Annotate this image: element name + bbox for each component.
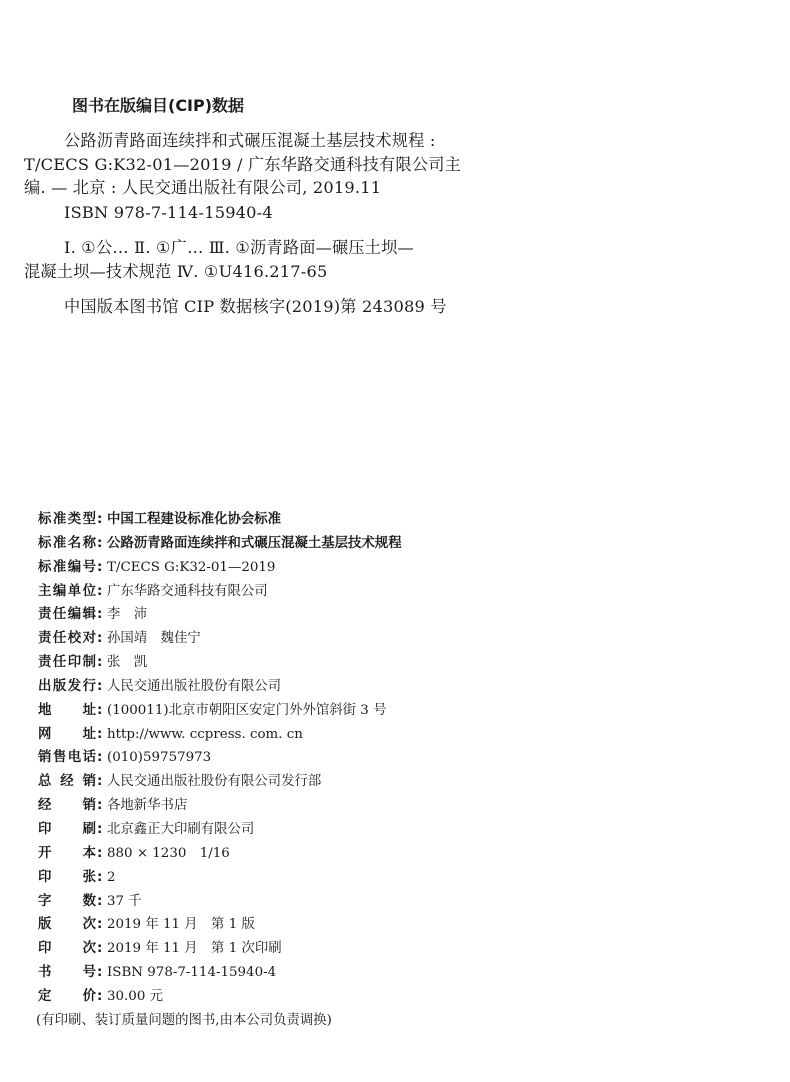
cip-heading: 图书在版编目(CIP)数据 <box>72 96 244 116</box>
imprint-value: 张 凯 <box>107 651 147 675</box>
imprint-value: 2019 年 11 月 第 1 版 <box>107 913 255 937</box>
cip-title-line: 公路沥青路面连续拌和式碾压混凝土基层技术规程 : <box>64 131 436 151</box>
cip-isbn-line: ISBN 978-7-114-15940-4 <box>64 203 273 223</box>
imprint-colon: : <box>97 627 107 651</box>
imprint-colon: : <box>97 913 107 937</box>
imprint-colon: : <box>97 556 107 580</box>
imprint-label: 定价 <box>38 985 96 1009</box>
imprint-row: 印张:2 <box>38 866 402 890</box>
imprint-label: 责任印制 <box>38 651 96 675</box>
imprint-colon: : <box>97 794 107 818</box>
imprint-value: (100011)北京市朝阳区安定门外外馆斜街 3 号 <box>107 699 386 723</box>
imprint-value: (010)59757973 <box>107 746 211 770</box>
imprint-value: T/CECS G:K32-01—2019 <box>107 556 275 580</box>
imprint-label: 标准类型 <box>38 508 96 532</box>
imprint-label-char: 发 <box>68 675 81 699</box>
imprint-label-char: 刷 <box>83 818 96 842</box>
imprint-label-char: 制 <box>83 651 96 675</box>
imprint-label-char: 经 <box>60 770 73 794</box>
imprint-label: 印次 <box>38 937 96 961</box>
imprint-row: 印次:2019 年 11 月 第 1 次印刷 <box>38 937 402 961</box>
cip-catalog-number-line: 中国版本图书馆 CIP 数据核字(2019)第 243089 号 <box>64 297 447 317</box>
imprint-row: 开本:880 × 1230 1/16 <box>38 842 402 866</box>
imprint-label-char: 编 <box>68 603 81 627</box>
imprint-row: 标准名称:公路沥青路面连续拌和式碾压混凝土基层技术规程 <box>38 532 402 556</box>
imprint-label-char: 印 <box>38 866 51 890</box>
imprint-label: 责任编辑 <box>38 603 96 627</box>
imprint-label-char: 出 <box>38 675 51 699</box>
imprint-label-char: 张 <box>83 866 96 890</box>
imprint-label-char: 版 <box>38 913 51 937</box>
imprint-colon: : <box>97 508 107 532</box>
imprint-label-char: 校 <box>68 627 81 651</box>
imprint-value: 2019 年 11 月 第 1 次印刷 <box>107 937 282 961</box>
imprint-label: 经销 <box>38 794 96 818</box>
imprint-label-char: 开 <box>38 842 51 866</box>
imprint-label-char: 准 <box>53 556 66 580</box>
imprint-value: 中国工程建设标准化协会标准 <box>107 508 281 532</box>
imprint-row: 总经销:人民交通出版社股份有限公司发行部 <box>38 770 402 794</box>
imprint-value: 人民交通出版社股份有限公司发行部 <box>107 770 321 794</box>
imprint-label-char: 本 <box>83 842 96 866</box>
imprint-label-char: 址 <box>83 723 96 747</box>
imprint-label-char: 次 <box>83 937 96 961</box>
imprint-label-char: 销 <box>83 794 96 818</box>
imprint-colon: : <box>97 603 107 627</box>
imprint-label-char: 总 <box>38 770 51 794</box>
imprint-label-char: 字 <box>38 890 51 914</box>
imprint-row: 定价:30.00 元 <box>38 985 402 1009</box>
imprint-row: 主编单位:广东华路交通科技有限公司 <box>38 580 402 604</box>
imprint-label-char: 售 <box>53 746 66 770</box>
imprint-row: 销售电话:(010)59757973 <box>38 746 402 770</box>
imprint-label-char: 编 <box>53 580 66 604</box>
imprint-label-char: 号 <box>83 961 96 985</box>
imprint-value: 30.00 元 <box>107 985 163 1009</box>
imprint-label-char: 位 <box>83 580 96 604</box>
imprint-label-char: 价 <box>83 985 96 1009</box>
imprint-row: 版次:2019 年 11 月 第 1 版 <box>38 913 402 937</box>
imprint-label: 印刷 <box>38 818 96 842</box>
imprint-label-char: 责 <box>38 603 51 627</box>
imprint-row: 字数:37 千 <box>38 890 402 914</box>
imprint-row: 责任编辑:李 沛 <box>38 603 402 627</box>
imprint-label-char: 对 <box>83 627 96 651</box>
imprint-label: 销售电话 <box>38 746 96 770</box>
imprint-value: 880 × 1230 1/16 <box>107 842 230 866</box>
imprint-value: 李 沛 <box>107 603 147 627</box>
imprint-value: 北京鑫正大印刷有限公司 <box>107 818 254 842</box>
imprint-value: 广东华路交通科技有限公司 <box>107 580 268 604</box>
imprint-label-char: 书 <box>38 961 51 985</box>
imprint-label: 开本 <box>38 842 96 866</box>
imprint-label-char: 经 <box>38 794 51 818</box>
imprint-label-char: 数 <box>83 890 96 914</box>
imprint-value: 人民交通出版社股份有限公司 <box>107 675 281 699</box>
imprint-colon: : <box>97 961 107 985</box>
imprint-label-char: 类 <box>68 508 81 532</box>
imprint-colon: : <box>97 937 107 961</box>
imprint-row: 标准编号:T/CECS G:K32-01—2019 <box>38 556 402 580</box>
imprint-label-char: 型 <box>83 508 96 532</box>
imprint-row: 出版发行:人民交通出版社股份有限公司 <box>38 675 402 699</box>
imprint-value: 各地新华书店 <box>107 794 187 818</box>
imprint-label-char: 标 <box>38 508 51 532</box>
imprint-label: 标准名称 <box>38 532 96 556</box>
imprint-block: 标准类型:中国工程建设标准化协会标准标准名称:公路沥青路面连续拌和式碾压混凝土基… <box>38 508 402 1033</box>
imprint-label-char: 责 <box>38 627 51 651</box>
imprint-value: http://www. ccpress. com. cn <box>107 723 303 747</box>
imprint-colon: : <box>97 770 107 794</box>
imprint-label-char: 单 <box>68 580 81 604</box>
imprint-label: 印张 <box>38 866 96 890</box>
imprint-colon: : <box>97 842 107 866</box>
imprint-label-char: 标 <box>38 556 51 580</box>
imprint-label-char: 号 <box>83 556 96 580</box>
imprint-label: 主编单位 <box>38 580 96 604</box>
imprint-label-char: 责 <box>38 651 51 675</box>
imprint-row: 书号:ISBN 978-7-114-15940-4 <box>38 961 402 985</box>
imprint-label-char: 行 <box>83 675 96 699</box>
imprint-label-char: 网 <box>38 723 51 747</box>
imprint-label: 字数 <box>38 890 96 914</box>
imprint-label-char: 定 <box>38 985 51 1009</box>
imprint-label-char: 电 <box>68 746 81 770</box>
imprint-label-char: 印 <box>38 818 51 842</box>
imprint-label-char: 址 <box>83 699 96 723</box>
imprint-value: 2 <box>107 866 116 890</box>
imprint-label-char: 地 <box>38 699 51 723</box>
imprint-label-char: 名 <box>68 532 81 556</box>
imprint-colon: : <box>97 890 107 914</box>
imprint-label-char: 话 <box>83 746 96 770</box>
cip-standard-line: T/CECS G:K32-01—2019 / 广东华路交通科技有限公司主 <box>24 155 461 175</box>
imprint-label-char: 任 <box>53 603 66 627</box>
imprint-label: 书号 <box>38 961 96 985</box>
imprint-label: 版次 <box>38 913 96 937</box>
imprint-label-char: 主 <box>38 580 51 604</box>
imprint-row: 标准类型:中国工程建设标准化协会标准 <box>38 508 402 532</box>
cip-classification-line-cont: 混凝土坝—技术规范 Ⅳ. ①U416.217-65 <box>24 262 327 282</box>
imprint-label: 标准编号 <box>38 556 96 580</box>
cip-classification-line: Ⅰ. ①公… Ⅱ. ①广… Ⅲ. ①沥青路面—碾压土坝— <box>64 238 414 258</box>
imprint-label-char: 标 <box>38 532 51 556</box>
imprint-value: ISBN 978-7-114-15940-4 <box>107 961 276 985</box>
imprint-label-char: 印 <box>38 937 51 961</box>
imprint-value: 37 千 <box>107 890 142 914</box>
imprint-colon: : <box>97 699 107 723</box>
imprint-value: 公路沥青路面连续拌和式碾压混凝土基层技术规程 <box>107 532 402 556</box>
imprint-colon: : <box>97 866 107 890</box>
imprint-label: 出版发行 <box>38 675 96 699</box>
imprint-label-char: 印 <box>68 651 81 675</box>
imprint-label-char: 辑 <box>83 603 96 627</box>
imprint-colon: : <box>97 818 107 842</box>
imprint-colon: : <box>97 675 107 699</box>
imprint-colon: : <box>97 985 107 1009</box>
imprint-colon: : <box>97 580 107 604</box>
imprint-label-char: 任 <box>53 651 66 675</box>
imprint-label: 总经销 <box>38 770 96 794</box>
imprint-row: 印刷:北京鑫正大印刷有限公司 <box>38 818 402 842</box>
imprint-row: 责任校对:孙国靖 魏佳宁 <box>38 627 402 651</box>
imprint-label-char: 版 <box>53 675 66 699</box>
imprint-label-char: 准 <box>53 532 66 556</box>
imprint-label-char: 次 <box>83 913 96 937</box>
imprint-colon: : <box>97 532 107 556</box>
imprint-colon: : <box>97 723 107 747</box>
imprint-row: 网址:http://www. ccpress. com. cn <box>38 723 402 747</box>
imprint-colon: : <box>97 746 107 770</box>
imprint-label-char: 销 <box>38 746 51 770</box>
imprint-row: 责任印制:张 凯 <box>38 651 402 675</box>
imprint-label-char: 准 <box>53 508 66 532</box>
cip-publisher-line: 编. — 北京 : 人民交通出版社有限公司, 2019.11 <box>24 178 381 198</box>
imprint-row: 经销:各地新华书店 <box>38 794 402 818</box>
imprint-label-char: 编 <box>68 556 81 580</box>
imprint-label-char: 称 <box>83 532 96 556</box>
imprint-label-char: 销 <box>83 770 96 794</box>
imprint-value: 孙国靖 魏佳宁 <box>107 627 201 651</box>
quality-guarantee-note: (有印刷、装订质量问题的图书,由本公司负责调换) <box>36 1009 402 1033</box>
imprint-label: 地址 <box>38 699 96 723</box>
imprint-label: 责任校对 <box>38 627 96 651</box>
imprint-label: 网址 <box>38 723 96 747</box>
imprint-colon: : <box>97 651 107 675</box>
imprint-label-char: 任 <box>53 627 66 651</box>
imprint-row: 地址:(100011)北京市朝阳区安定门外外馆斜街 3 号 <box>38 699 402 723</box>
